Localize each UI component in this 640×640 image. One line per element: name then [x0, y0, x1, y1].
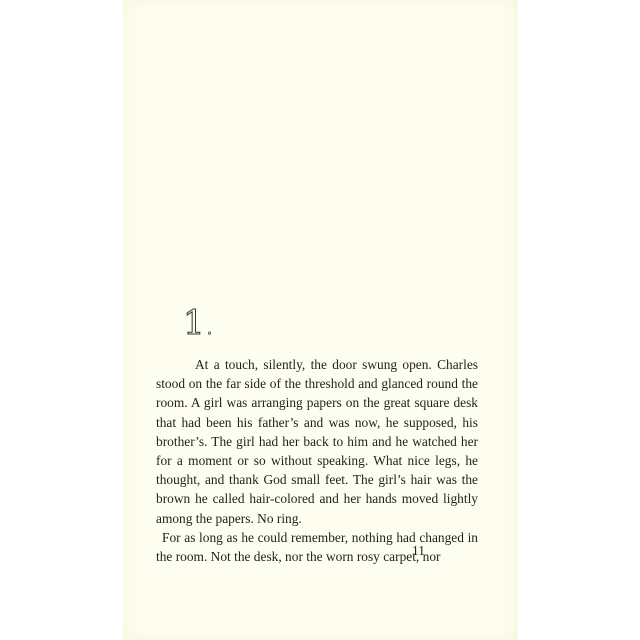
- chapter-number: 1: [183, 303, 207, 343]
- paragraph-2: For as long as he could remember, nothin…: [156, 528, 478, 566]
- chapter-dot: .: [207, 318, 215, 339]
- chapter-body: At a touch, silently, the door swung ope…: [156, 355, 478, 566]
- page-number: 11: [412, 543, 425, 559]
- book-page: 1. At a touch, silently, the door swung …: [123, 0, 518, 640]
- chapter-heading: 1.: [183, 306, 214, 340]
- paragraph-1: At a touch, silently, the door swung ope…: [156, 355, 478, 528]
